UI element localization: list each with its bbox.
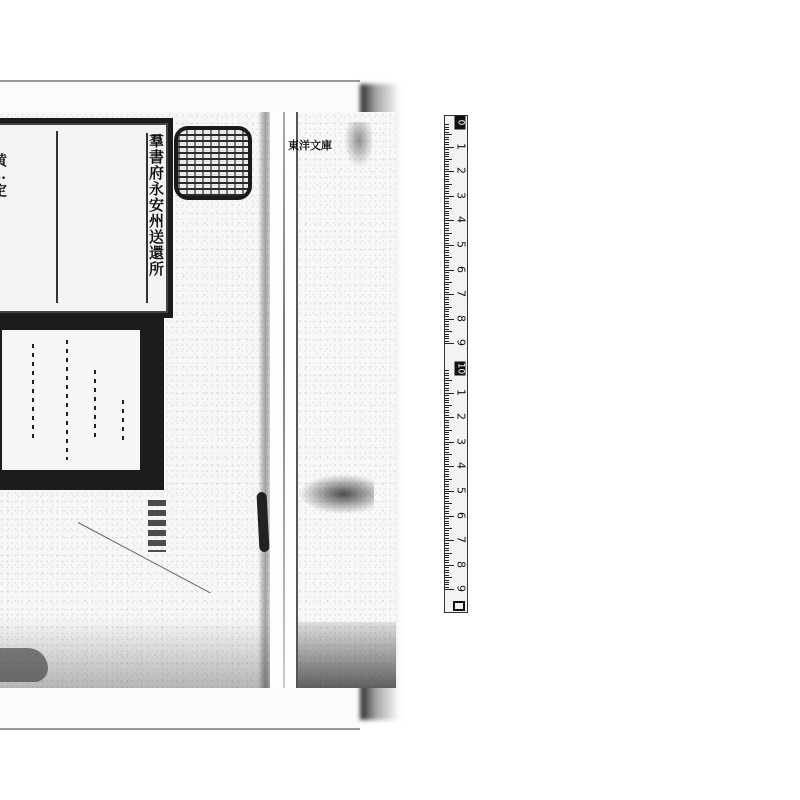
ruler-tick: [445, 555, 449, 556]
ruler-tick: [445, 198, 449, 199]
ruler-tick: [445, 235, 449, 236]
ruler-tick: [445, 124, 449, 125]
ruler-tick: [445, 252, 449, 253]
ruler-tick: [445, 412, 449, 413]
ruler-tick: [445, 127, 449, 128]
ruler-tick: [445, 398, 449, 399]
ruler-label: 2: [456, 410, 467, 424]
ruler-tick: [445, 530, 449, 531]
lower-framed-panel: [0, 314, 164, 490]
seal-stamp: [174, 126, 252, 200]
ruler-tick: [445, 321, 449, 322]
ruler-tick: [445, 218, 449, 219]
ruler-tick-major: [445, 319, 454, 320]
ruler-tick-major: [445, 417, 454, 418]
ruler-start-mark: 0: [455, 116, 466, 130]
ruler-tick: [445, 420, 449, 421]
ruler-tick-major: [445, 220, 454, 221]
ruler-tick-major: [445, 245, 454, 246]
ruler-label: 7: [456, 533, 467, 547]
ruler-tick: [445, 144, 449, 145]
spine-stain: [298, 474, 374, 514]
ruler-label: 1: [456, 139, 467, 153]
ruler-tick: [445, 533, 449, 534]
ruler-tick: [445, 427, 449, 428]
ruler-start-mark: 10: [455, 362, 466, 376]
ruler-tick: [445, 326, 449, 327]
ruler-tick: [445, 203, 449, 204]
ruler-tick: [445, 471, 449, 472]
ruler-tick: [445, 385, 449, 386]
ruler-tick: [445, 523, 449, 524]
corner-stain: [0, 648, 48, 682]
ruler-label: 1: [456, 385, 467, 399]
ruler-tick: [445, 439, 449, 440]
ruler-tick: [445, 132, 449, 133]
ruler-label: 3: [456, 188, 467, 202]
ruler-tick: [445, 299, 449, 300]
ruler-tick-major: [445, 270, 454, 271]
ruler-tick: [445, 481, 449, 482]
ruler-tick: [445, 206, 449, 207]
ruler-tick: [445, 501, 449, 502]
title-left-text: 黄…定: [0, 153, 10, 197]
library-label: 東洋文庫: [288, 137, 332, 153]
ruler-tick: [445, 265, 449, 266]
ruler-label: 4: [456, 459, 467, 473]
title-vertical-text: 羣書府永安州送還所: [146, 133, 166, 277]
ruler-label: 6: [456, 508, 467, 522]
ruler-tick: [445, 461, 449, 462]
ruler-tick: [445, 302, 449, 303]
ruler-tick: [445, 587, 449, 588]
ruler-tick: [445, 489, 449, 490]
ruler-tick: [445, 324, 449, 325]
ruler-tick: [445, 550, 449, 551]
ruler-label: 2: [456, 164, 467, 178]
ruler-tick: [445, 238, 449, 239]
ruler-tick: [445, 159, 452, 160]
ruler-tick: [445, 553, 452, 554]
ruler-tick: [445, 233, 452, 234]
ruler-tick: [445, 474, 449, 475]
ruler-tick: [445, 336, 449, 337]
ruler-tick: [445, 496, 449, 497]
ruler-tick: [445, 292, 449, 293]
ruler-tick: [445, 279, 449, 280]
ruler-tick: [445, 402, 449, 403]
ruler-tick: [445, 304, 449, 305]
ruler-tick: [445, 277, 449, 278]
ruler-tick: [445, 511, 449, 512]
ruler-tick: [445, 156, 449, 157]
ruler-tick: [445, 307, 452, 308]
ruler-tick-major: [445, 540, 454, 541]
ruler-tick: [445, 476, 449, 477]
ruler-tick: [445, 262, 449, 263]
ruler-tick: [445, 513, 449, 514]
ruler-tick: [445, 255, 449, 256]
ruler-tick: [445, 407, 449, 408]
ruler-tick-major: [445, 491, 454, 492]
ruler-tick: [445, 405, 452, 406]
ruler-tick: [445, 129, 449, 130]
ruler-tick: [445, 562, 449, 563]
ruler-tick: [445, 373, 449, 374]
ruler-label: 7: [456, 287, 467, 301]
ruler-tick: [445, 287, 449, 288]
ruler-label: 8: [456, 557, 467, 571]
ruler-label: 8: [456, 311, 467, 325]
ruler-tick: [445, 454, 452, 455]
ruler-tick: [445, 395, 449, 396]
ruler-tick: [445, 493, 449, 494]
ruler-tick: [445, 498, 449, 499]
ruler-tick: [445, 154, 449, 155]
ruler-tick: [445, 422, 449, 423]
ruler-tick: [445, 284, 449, 285]
ruler-tick: [445, 577, 452, 578]
ruler-tick-major: [445, 565, 454, 566]
paper-texture: [298, 112, 396, 688]
ruler-tick: [445, 521, 449, 522]
ruler-tick: [445, 338, 449, 339]
ruler-tick: [445, 459, 449, 460]
faded-text-column: [94, 370, 96, 440]
ruler-tick: [445, 457, 449, 458]
title-slip: 黄…定 羣書府永安州送還所: [0, 118, 173, 318]
ruler-tick: [445, 486, 449, 487]
ruler-tick: [445, 161, 449, 162]
ruler-tick: [445, 191, 449, 192]
ruler-tick: [445, 464, 449, 465]
ruler-tick: [445, 584, 449, 585]
ruler-label: 6: [456, 262, 467, 276]
ruler-label: 9: [456, 336, 467, 350]
ruler-tick-major: [445, 516, 454, 517]
ruler-tick: [445, 193, 449, 194]
ruler-tick: [445, 560, 449, 561]
ruler-tick: [445, 479, 452, 480]
ruler-tick: [445, 272, 449, 273]
ruler-label: 3: [456, 434, 467, 448]
ruler-tick: [445, 567, 449, 568]
ruler-tick: [445, 166, 449, 167]
faded-text-column: [32, 344, 34, 440]
ruler-tick: [445, 434, 449, 435]
ruler-tick: [445, 314, 449, 315]
ruler-tick: [445, 383, 449, 384]
spine-strip: [296, 112, 396, 688]
ruler-label: 5: [456, 484, 467, 498]
ruler-tick: [445, 503, 452, 504]
ruler-tick: [445, 297, 449, 298]
ruler-tick: [445, 152, 449, 153]
ruler-tick: [445, 548, 449, 549]
ruler-tick: [445, 176, 449, 177]
ruler-tick: [445, 388, 449, 389]
ruler-tick: [445, 267, 449, 268]
ruler-label: 5: [456, 238, 467, 252]
ruler-tick: [445, 184, 452, 185]
ruler-tick: [445, 223, 449, 224]
ruler-tick: [445, 211, 449, 212]
ruler-tick: [445, 208, 452, 209]
ruler-tick: [445, 228, 449, 229]
ruler-tick: [445, 570, 449, 571]
ruler-tick: [445, 334, 449, 335]
ruler-tick-major: [445, 171, 454, 172]
ruler-tick: [445, 289, 449, 290]
spine-stain: [298, 622, 396, 688]
ruler-tick: [445, 309, 449, 310]
title-slip-divider: [56, 131, 58, 303]
ruler-tick: [445, 329, 449, 330]
ruler-tick-major: [445, 393, 454, 394]
ruler-tick-major: [445, 196, 454, 197]
ruler-tick: [445, 437, 449, 438]
ruler-tick: [445, 240, 449, 241]
ruler-tick-major: [445, 442, 454, 443]
ruler-tick: [445, 188, 449, 189]
ruler-tick: [445, 169, 449, 170]
ruler-tick: [445, 580, 449, 581]
ruler-tick: [445, 213, 449, 214]
ruler-tick: [445, 378, 449, 379]
ruler-tick: [445, 375, 449, 376]
ruler-tick: [445, 557, 449, 558]
ruler-tick: [445, 247, 449, 248]
binding-crease: [283, 112, 285, 688]
ruler-tick: [445, 257, 452, 258]
ruler-tick: [445, 174, 449, 175]
ruler-end-mark: [453, 601, 465, 611]
ruler-tick: [445, 134, 452, 135]
ruler-tick: [445, 179, 449, 180]
ruler-tick: [445, 331, 452, 332]
ruler-tick: [445, 447, 449, 448]
ruler-tick: [445, 410, 449, 411]
ruler-tick: [445, 469, 449, 470]
ruler-tick: [445, 164, 449, 165]
ruler-tick: [445, 139, 449, 140]
ruler-tick: [445, 275, 449, 276]
ruler-tick: [445, 506, 449, 507]
ruler-tick: [445, 230, 449, 231]
ruler-tick: [445, 575, 449, 576]
ruler-tick: [445, 341, 449, 342]
ruler-tick: [445, 380, 452, 381]
ruler-tick-major: [445, 294, 454, 295]
lower-panel-inner: [2, 330, 140, 470]
ruler-tick: [445, 390, 449, 391]
ruler-tick: [445, 311, 449, 312]
ruler-tick: [445, 543, 449, 544]
ruler-tick: [445, 538, 449, 539]
ruler-label: 9: [456, 582, 467, 596]
surface-scratch: [78, 522, 211, 593]
ruler-tick: [445, 400, 449, 401]
ruler-tick: [445, 432, 449, 433]
ruler-tick: [445, 545, 449, 546]
ruler-tick: [445, 149, 449, 150]
ruler-tick: [445, 444, 449, 445]
ruler-tick: [445, 582, 449, 583]
ruler-tick-major: [445, 343, 454, 344]
ruler-tick: [445, 370, 449, 371]
ruler-tick-major: [445, 147, 454, 148]
ink-marks: [148, 500, 166, 552]
ruler-tick: [445, 316, 449, 317]
ruler-tick: [445, 260, 449, 261]
ruler-tick: [445, 484, 449, 485]
ruler-tick: [445, 215, 449, 216]
ruler-tick: [445, 186, 449, 187]
ruler-tick: [445, 518, 449, 519]
ruler-label: 4: [456, 213, 467, 227]
ruler-tick: [445, 282, 452, 283]
scale-ruler: 012345678910123456789: [444, 115, 468, 613]
ruler-tick: [445, 572, 449, 573]
spine-stain: [344, 122, 374, 168]
ruler-tick: [445, 137, 449, 138]
cover-edge: [258, 112, 270, 688]
ruler-tick: [445, 225, 449, 226]
ruler-tick: [445, 430, 452, 431]
ruler-tick-major: [445, 589, 454, 590]
ruler-tick: [445, 525, 449, 526]
faded-text-column: [66, 340, 68, 460]
ruler-tick: [445, 535, 449, 536]
ruler-tick: [445, 508, 449, 509]
ruler-tick: [445, 452, 449, 453]
ruler-tick: [445, 181, 449, 182]
ruler-tick: [445, 449, 449, 450]
ruler-tick-major: [445, 466, 454, 467]
ruler-tick: [445, 142, 449, 143]
faded-text-column: [122, 400, 124, 440]
ruler-tick: [445, 425, 449, 426]
ruler-tick: [445, 243, 449, 244]
ruler-tick: [445, 415, 449, 416]
ruler-tick: [445, 528, 452, 529]
ruler-tick: [445, 250, 449, 251]
ruler-tick: [445, 201, 449, 202]
